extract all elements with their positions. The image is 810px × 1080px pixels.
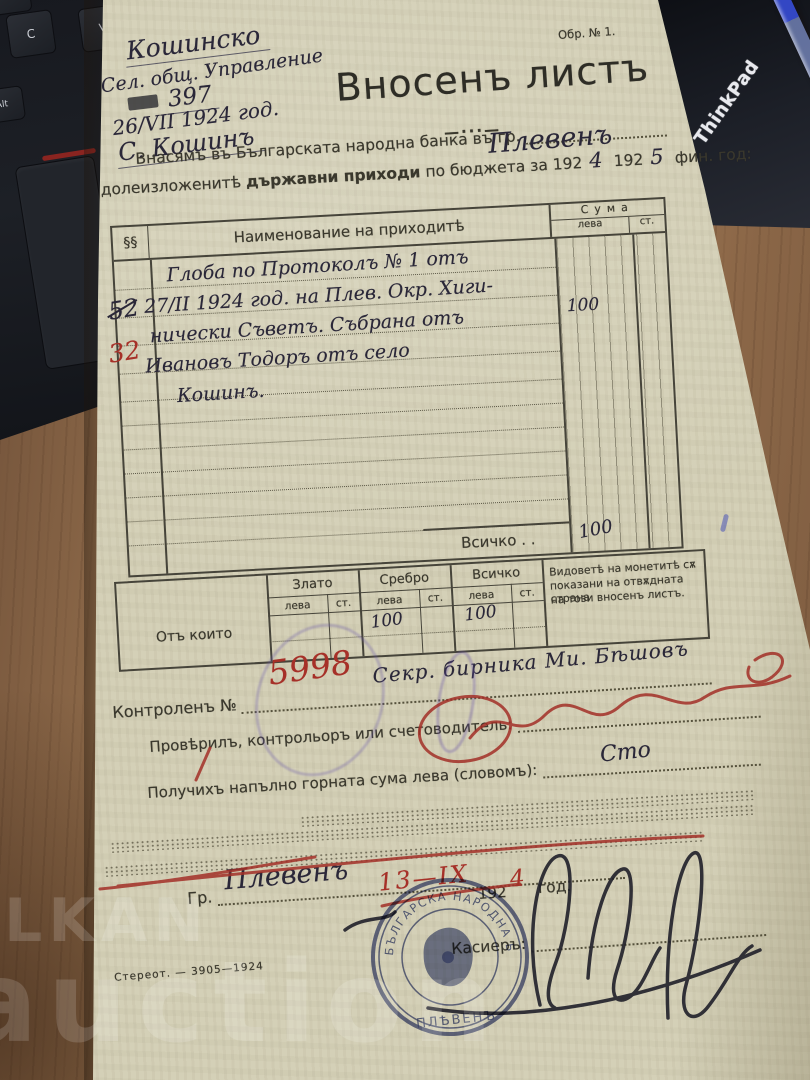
red-circle-mark [414,689,516,768]
photo-scene: D C V Alt ThinkPad Обр. № 1. Кошинско Се… [0,0,810,1080]
signature-red-flourish [748,653,783,682]
signature-controller-red [470,676,790,738]
bank-stamp: БЪЛГАРСКА НАРОДНА БАНКА ПЛѢВЕНЪ [360,862,540,1052]
signature-cashier-2 [588,869,660,1000]
signature-cashier-3 [667,853,752,1018]
red-underline-short [100,857,315,889]
red-check-tick [196,748,210,780]
